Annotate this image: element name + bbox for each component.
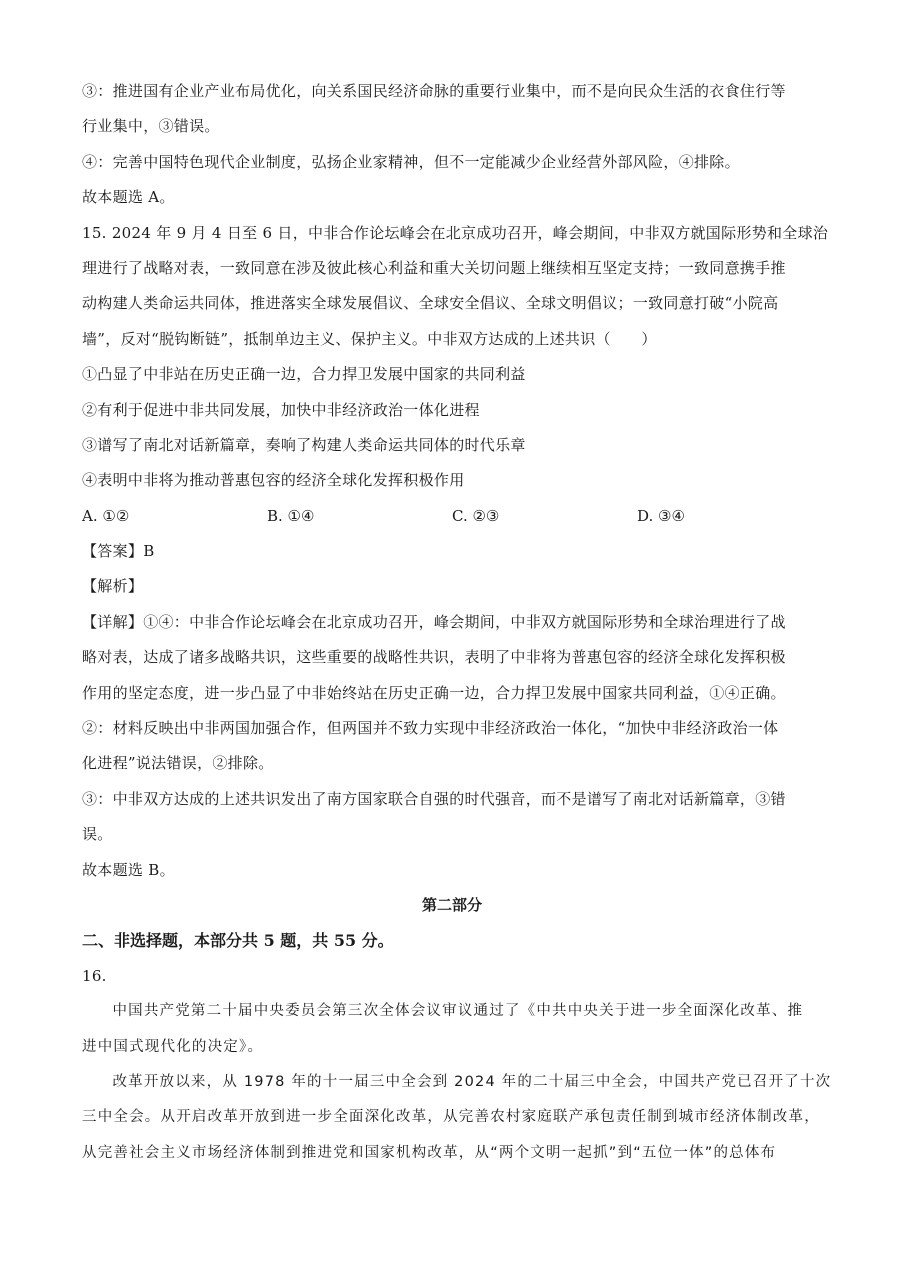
q15-detail-line7: 误。 — [82, 817, 822, 852]
q15-analysis-label: 【解析】 — [82, 569, 822, 604]
question-16: 16. 中国共产党第二十届中央委员会第三次全体会议审议通过了《中共中央关于进一步… — [82, 959, 822, 1171]
q15-statement-4: ④表明中非将为推动普惠包容的经济全球化发挥积极作用 — [82, 463, 822, 498]
q15-statement-3: ③谱写了南北对话新篇章，奏响了构建人类命运共同体的时代乐章 — [82, 428, 822, 463]
q15-detail-line5: 化进程”说法错误，②排除。 — [82, 746, 822, 781]
q15-option-a: A. ①② — [82, 499, 267, 534]
q15-options: A. ①② B. ①④ C. ②③ D. ③④ — [82, 499, 822, 534]
q15-stem-line3: 动构建人类命运共同体，推进落实全球发展倡议、全球安全倡议、全球文明倡议；一致同意… — [82, 286, 822, 321]
q15-detail-line1: 【详解】①④：中非合作论坛峰会在北京成功召开，峰会期间，中非双方就国际形势和全球… — [82, 605, 822, 640]
q16-material-line3: 改革开放以来，从 1978 年的十一届三中全会到 2024 年的二十届三中全会，… — [82, 1065, 822, 1100]
part-2-heading: 二、非选择题，本部分共 5 题，共 55 分。 — [82, 923, 822, 958]
prev-analysis-item3-line1: ③：推进国有企业产业布局优化，向关系国民经济命脉的重要行业集中，而不是向民众生活… — [82, 74, 822, 109]
q15-stem-line1: 15. 2024 年 9 月 4 日至 6 日，中非合作论坛峰会在北京成功召开，… — [82, 216, 822, 251]
q15-detail-line3: 作用的坚定态度，进一步凸显了中非始终站在历史正确一边，合力捍卫发展中国家共同利益… — [82, 676, 822, 711]
prev-analysis-item4: ④：完善中国特色现代企业制度，弘扬企业家精神，但不一定能减少企业经营外部风险，④… — [82, 145, 822, 180]
document-page: ③：推进国有企业产业布局优化，向关系国民经济命脉的重要行业集中，而不是向民众生活… — [82, 74, 822, 1171]
q15-detail-line4: ②：材料反映出中非两国加强合作，但两国并不致力实现中非经济政治一体化，“加快中非… — [82, 711, 822, 746]
part-2-title: 第二部分 — [82, 888, 822, 923]
prev-analysis-item3-line2: 行业集中，③错误。 — [82, 109, 822, 144]
q15-answer: 【答案】B — [82, 534, 822, 569]
prev-conclusion: 故本题选 A。 — [82, 180, 822, 215]
q16-number: 16. — [82, 959, 822, 994]
q15-stem-line2: 理进行了战略对表，一致同意在涉及彼此核心利益和重大关切问题上继续相互坚定支持；一… — [82, 251, 822, 286]
q15-detail-line6: ③：中非双方达成的上述共识发出了南方国家联合自强的时代强音，而不是谱写了南北对话… — [82, 782, 822, 817]
q15-option-d: D. ③④ — [637, 499, 822, 534]
q16-material-line5: 从完善社会主义市场经济体制到推进党和国家机构改革，从“两个文明一起抓”到“五位一… — [82, 1136, 822, 1171]
q15-statement-1: ①凸显了中非站在历史正确一边，合力捍卫发展中国家的共同利益 — [82, 357, 822, 392]
q15-conclusion: 故本题选 B。 — [82, 853, 822, 888]
q15-option-c: C. ②③ — [452, 499, 637, 534]
question-15: 15. 2024 年 9 月 4 日至 6 日，中非合作论坛峰会在北京成功召开，… — [82, 216, 822, 888]
q15-option-b: B. ①④ — [267, 499, 452, 534]
q16-material-line2: 进中国式现代化的决定》。 — [82, 1030, 822, 1065]
q15-detail-line2: 略对表，达成了诸多战略共识，这些重要的战略性共识，表明了中非将为普惠包容的经济全… — [82, 640, 822, 675]
q16-material-line1: 中国共产党第二十届中央委员会第三次全体会议审议通过了《中共中央关于进一步全面深化… — [82, 994, 822, 1029]
q16-material-line4: 三中全会。从开启改革开放到进一步全面深化改革，从完善农村家庭联产承包责任制到城市… — [82, 1100, 822, 1135]
q15-statement-2: ②有利于促进中非共同发展，加快中非经济政治一体化进程 — [82, 393, 822, 428]
q15-stem-line4: 墙”，反对“脱钩断链”，抵制单边主义、保护主义。中非双方达成的上述共识（ ） — [82, 322, 822, 357]
